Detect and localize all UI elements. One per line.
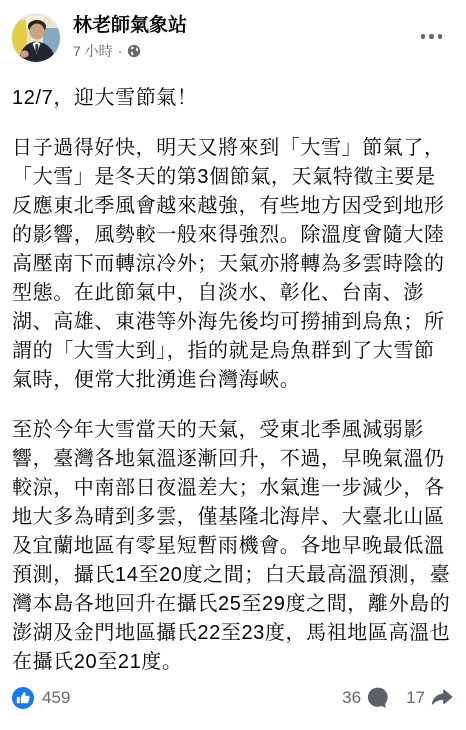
post-header: 林老師氣象站 7 小時 ·	[0, 0, 466, 63]
share-count: 17	[406, 688, 425, 708]
page-name-link[interactable]: 林老師氣象站	[73, 14, 417, 38]
post-body: 12/7，迎大雪節氣！ 日子過得好快，明天又將來到「大雪」節氣了，「大雪」是冬天…	[0, 63, 466, 677]
meta-separator: ·	[118, 43, 123, 59]
reaction-count: 459	[42, 688, 70, 708]
engagement-bar: 459 36 17	[0, 686, 466, 709]
comment-bubble-icon	[366, 686, 389, 709]
ellipsis-icon	[421, 34, 426, 39]
comment-share-stats: 36 17	[342, 686, 453, 709]
facebook-post: 林老師氣象站 7 小時 · 12/7，迎大雪節氣！ 日子過得好快，明天又將來到「…	[0, 0, 466, 730]
reactions-summary[interactable]: 459	[12, 687, 70, 709]
post-paragraph-2: 至於今年大雪當天的天氣，受東北季風減弱影響，臺灣各地氣溫逐漸回升，不過，早晚氣溫…	[12, 416, 454, 677]
shares-stat[interactable]: 17	[406, 686, 453, 709]
timestamp-link[interactable]: 7 小時	[73, 41, 113, 61]
globe-icon	[127, 44, 141, 58]
post-meta: 7 小時 ·	[73, 41, 417, 61]
share-arrow-icon	[430, 686, 453, 709]
comments-stat[interactable]: 36	[342, 686, 389, 709]
thumbs-up-icon	[12, 687, 34, 709]
more-options-button[interactable]	[417, 30, 447, 43]
page-avatar[interactable]	[11, 13, 61, 63]
header-info: 林老師氣象站 7 小時 ·	[73, 13, 417, 61]
comment-count: 36	[342, 688, 361, 708]
post-intro-line: 12/7，迎大雪節氣！	[12, 84, 454, 113]
avatar-portrait-image	[12, 14, 60, 62]
post-paragraph-1: 日子過得好快，明天又將來到「大雪」節氣了，「大雪」是冬天的第3個節氣，天氣特徵主…	[12, 134, 454, 395]
